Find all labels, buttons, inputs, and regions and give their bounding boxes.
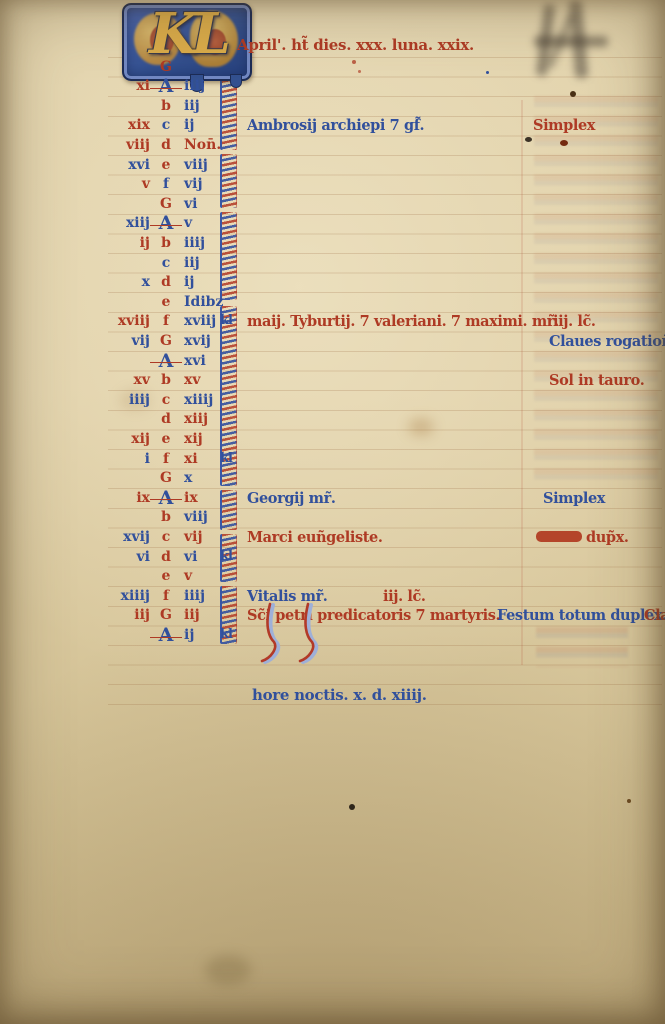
marginal-grading-note: iij. lc̃. <box>383 588 426 605</box>
dominical-letter: c <box>153 529 179 545</box>
dominical-letter: d <box>153 137 179 153</box>
manuscript-calendar-page: KL April'. ht̃ dies. xxx. luna. xxix. Gx… <box>0 0 665 1024</box>
calendar-row: xiAiiij <box>0 78 665 98</box>
calendar-row: xdij <box>0 274 665 294</box>
dominical-letter: e <box>153 431 179 447</box>
kl-mark: kl <box>220 627 232 642</box>
roman-day-number: xiiij <box>184 392 213 408</box>
roman-day-number: iiij <box>184 78 205 94</box>
roman-day-number: iiij <box>184 235 205 251</box>
dominical-letter: b <box>153 98 179 114</box>
golden-number: xix <box>106 117 150 133</box>
dominical-letter: e <box>153 294 179 310</box>
feast-entry: Marci euñgeliste. <box>247 529 383 546</box>
feast-entry: maij. Tyburtij. 7 valeriani. 7 maximi. m… <box>247 313 559 330</box>
roman-day-number: xvij <box>184 333 211 349</box>
roman-day-number: viij <box>184 157 208 173</box>
roman-day-number: x <box>184 470 192 486</box>
golden-number: viij <box>106 137 150 153</box>
golden-number: xv <box>106 372 150 388</box>
calendar-row: Axvi <box>0 353 665 373</box>
dominical-letter: f <box>153 176 179 192</box>
golden-number: ij <box>106 235 150 251</box>
calendar-row: biij <box>0 98 665 118</box>
roman-day-number: Non̄. <box>184 137 221 153</box>
roman-day-number: xvi <box>184 353 206 369</box>
calendar-row: bviij <box>0 509 665 529</box>
roman-day-number: ix <box>184 490 198 506</box>
feast-entry-text: Ambrosij archiepi 7 gf̃. <box>247 117 424 134</box>
kl-monogram: KL <box>124 1 250 67</box>
roman-day-number: iij <box>184 607 200 623</box>
golden-number: xvi <box>106 157 150 173</box>
dominical-letter: G <box>153 333 179 349</box>
marginal-grading-note: Sol in tauro. <box>549 372 644 389</box>
calendar-row: vidvikl <box>0 549 665 569</box>
ink-speck <box>352 60 356 64</box>
dominical-letter: G <box>153 470 179 486</box>
calendar-row: Gvi <box>0 196 665 216</box>
calendar-row: xixcijAmbrosij archiepi 7 gf̃.Simplex <box>0 117 665 137</box>
roman-day-number: vi <box>184 196 197 212</box>
dominical-letter: A <box>153 75 179 97</box>
dominical-letter: A <box>153 487 179 509</box>
ink-speck <box>358 70 361 73</box>
dominical-letter: c <box>153 255 179 271</box>
dominical-letter: b <box>153 235 179 251</box>
golden-number: i <box>106 451 150 467</box>
golden-number: xviij <box>106 313 150 329</box>
golden-number: xi <box>106 78 150 94</box>
dominical-letter: G <box>153 59 179 75</box>
kl-mark: kl <box>220 313 232 328</box>
calendar-row: xvijcvijMarci euñgeliste.dup̃x. <box>0 529 665 549</box>
golden-number: ix <box>106 490 150 506</box>
marginal-grading-note: Cla <box>644 607 665 624</box>
roman-day-number: xi <box>184 451 198 467</box>
roman-day-number: ij <box>184 627 194 643</box>
ink-speck <box>486 71 489 74</box>
roman-day-number: vij <box>184 176 203 192</box>
dominical-letter: e <box>153 157 179 173</box>
feast-entry-text: Georgij mr̃. <box>247 490 336 507</box>
roman-day-number: v <box>184 568 192 584</box>
calendar-row: ijbiiij <box>0 235 665 255</box>
ink-speck <box>525 137 532 142</box>
feast-entry-text: maij. Tyburtij. 7 valeriani. 7 maximi. m… <box>247 313 559 330</box>
dominical-letter: f <box>153 451 179 467</box>
marginal-grading-note: iij. lc̃. <box>553 313 596 330</box>
dominical-letter: d <box>153 549 179 565</box>
calendar-row: Gx <box>0 470 665 490</box>
dominical-letter: A <box>153 350 179 372</box>
calendar-row: ixAixGeorgij mr̃.Simplex <box>0 490 665 510</box>
dominical-letter: f <box>153 313 179 329</box>
roman-day-number: xv <box>184 372 200 388</box>
ink-speck <box>560 140 568 146</box>
kl-mark: kl <box>220 451 232 466</box>
golden-number: iij <box>106 607 150 623</box>
calendar-row: vijGxvijClaues rogation̄. <box>0 333 665 353</box>
calendar-row: eIdibz <box>0 294 665 314</box>
marginal-grading-note: Claues rogation̄. <box>549 333 665 350</box>
golden-number: xiiij <box>106 588 150 604</box>
roman-day-number: Idibz <box>184 294 223 310</box>
ink-speck <box>627 799 631 803</box>
roman-day-number: iij <box>184 98 200 114</box>
dominical-letter: A <box>153 212 179 234</box>
golden-number: v <box>106 176 150 192</box>
golden-number: xij <box>106 431 150 447</box>
dominical-letter: f <box>153 588 179 604</box>
dominical-letter: c <box>153 392 179 408</box>
ink-speck <box>570 91 576 97</box>
dominical-letter: d <box>153 274 179 290</box>
calendar-row: iiijcxiiij <box>0 392 665 412</box>
red-correction-blot <box>536 531 582 542</box>
calendar-row: dxiij <box>0 411 665 431</box>
dominical-letter: G <box>153 607 179 623</box>
calendar-row: xvbxvSol in tauro. <box>0 372 665 392</box>
marginal-grading-note: dup̃x. <box>536 529 629 546</box>
roman-day-number: xviij <box>184 313 216 329</box>
kl-mark: kl <box>220 549 232 564</box>
roman-day-number: vi <box>184 549 197 565</box>
calendar-row: xijexij <box>0 431 665 451</box>
roman-day-number: xij <box>184 431 203 447</box>
golden-number: iiij <box>106 392 150 408</box>
marginal-grading-note: Simplex <box>533 117 595 134</box>
dominical-letter: b <box>153 372 179 388</box>
feast-entry: Ambrosij archiepi 7 gf̃. <box>247 117 424 134</box>
dominical-letter: G <box>153 196 179 212</box>
month-heading: April'. ht̃ dies. xxx. luna. xxix. <box>237 36 474 54</box>
roman-day-number: ij <box>184 117 194 133</box>
dominical-letter: d <box>153 411 179 427</box>
marginal-grading-note: Festum totum duplex. <box>497 607 665 624</box>
bleed-through-smudge <box>534 36 608 47</box>
roman-day-number: iiij <box>184 588 205 604</box>
dominical-letter: c <box>153 117 179 133</box>
calendar-row: ifxikl <box>0 451 665 471</box>
golden-number: xiij <box>106 215 150 231</box>
parchment-stain <box>205 955 251 985</box>
golden-number: x <box>106 274 150 290</box>
roman-day-number: vij <box>184 529 203 545</box>
calendar-row: xvieviij <box>0 157 665 177</box>
marginal-grading-note: Simplex <box>543 490 605 507</box>
roman-day-number: xiij <box>184 411 208 427</box>
hours-line: hore noctis. x. d. xiiij. <box>252 686 427 704</box>
calendar-row: xiijAv <box>0 215 665 235</box>
calendar-row: ev <box>0 568 665 588</box>
golden-number: xvij <box>106 529 150 545</box>
roman-day-number: iij <box>184 255 200 271</box>
dominical-letter: b <box>153 509 179 525</box>
pen-flourish <box>250 598 336 682</box>
feast-entry: Georgij mr̃. <box>247 490 336 507</box>
calendar-row: xviijfxviijklmaij. Tyburtij. 7 valeriani… <box>0 313 665 333</box>
golden-number: vij <box>106 333 150 349</box>
feast-entry-text: Marci euñgeliste. <box>247 529 383 546</box>
dominical-letter: e <box>153 568 179 584</box>
roman-day-number: v <box>184 215 192 231</box>
golden-number: vi <box>106 549 150 565</box>
roman-day-number: ij <box>184 274 194 290</box>
calendar-row: ciij <box>0 255 665 275</box>
dominical-letter: A <box>153 624 179 646</box>
ink-speck <box>349 804 355 810</box>
calendar-row: vfvij <box>0 176 665 196</box>
calendar-row: G <box>0 59 665 79</box>
roman-day-number: viij <box>184 509 208 525</box>
